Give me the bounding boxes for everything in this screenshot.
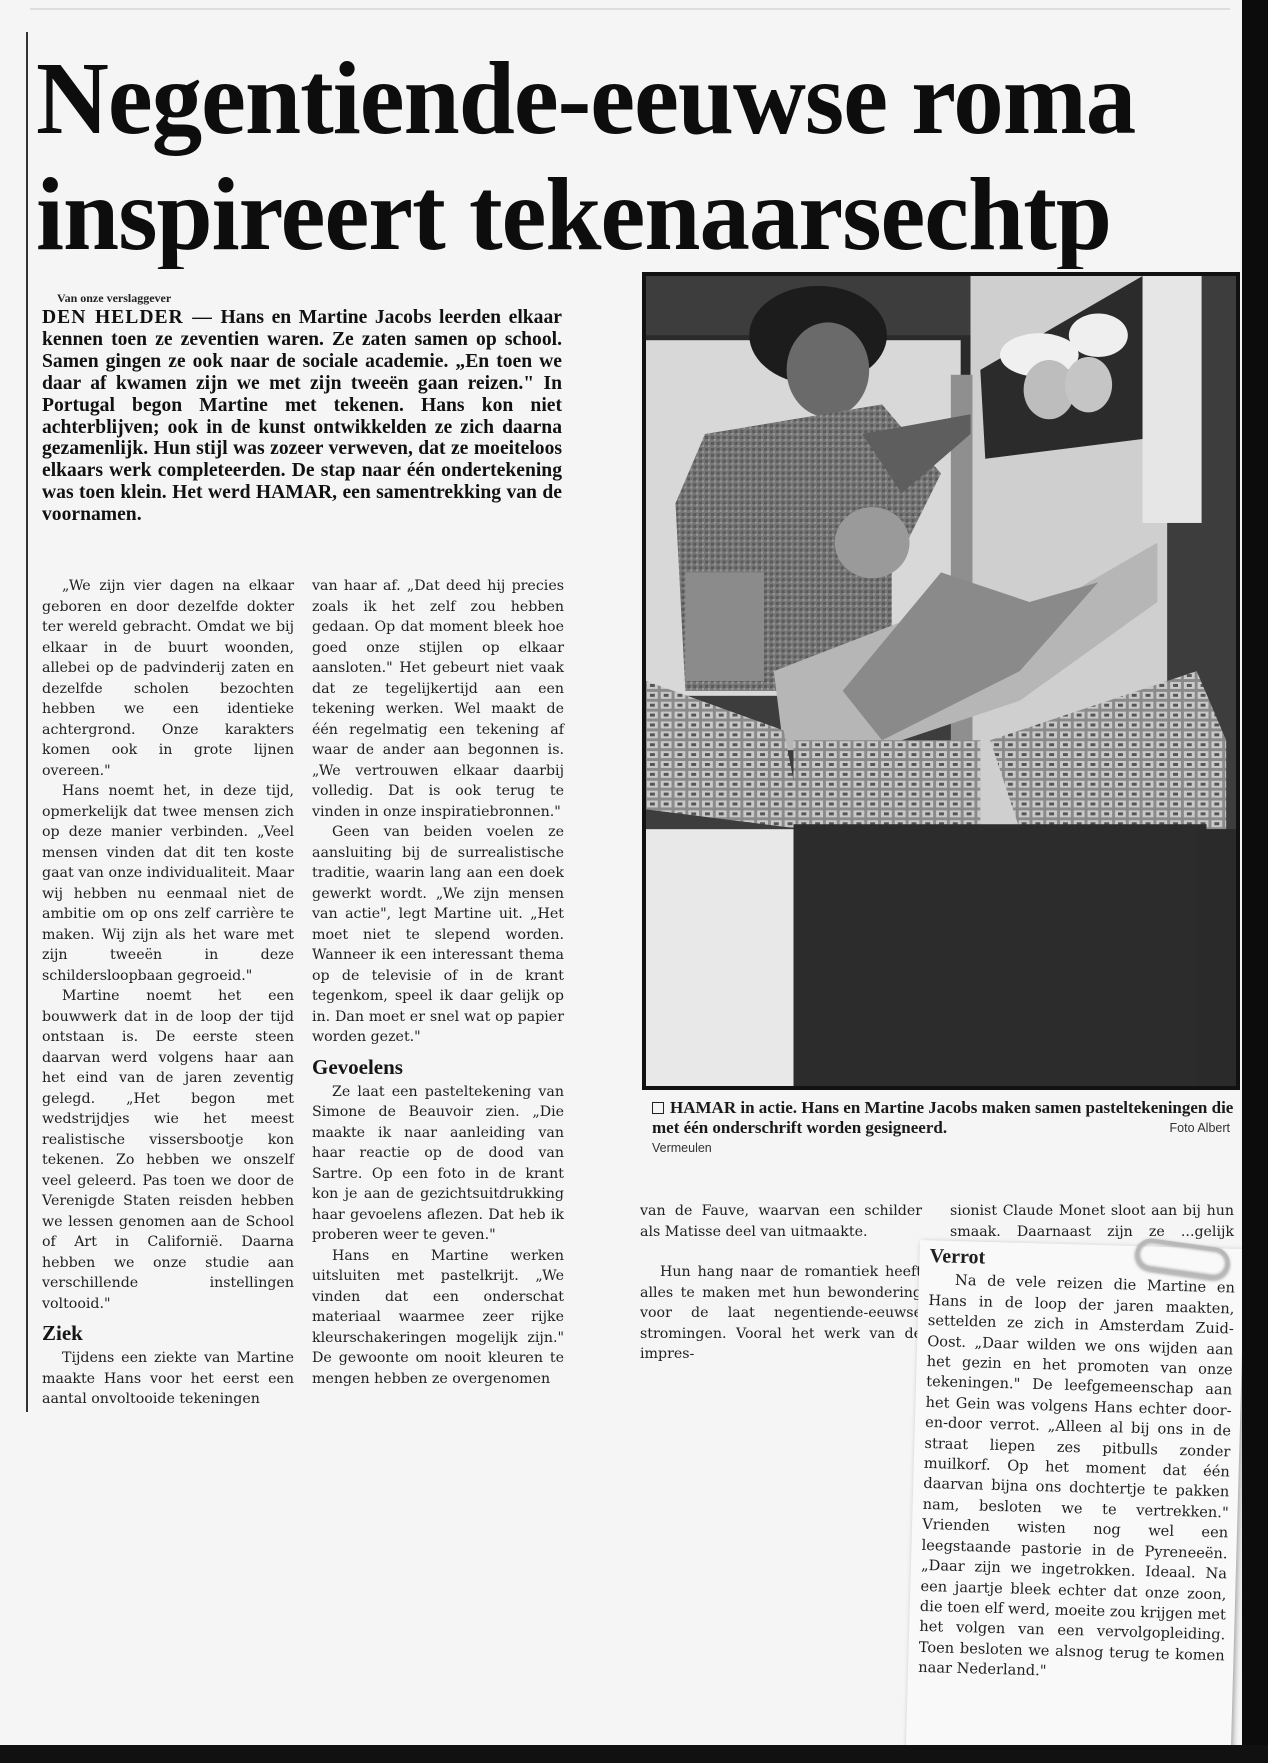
- paragraph: van haar af. „Dat deed hij precies zoals…: [312, 576, 564, 822]
- dateline: DEN HELDER —: [42, 307, 213, 328]
- intro-paragraph: DEN HELDER — Hans en Martine Jacobs leer…: [42, 307, 562, 526]
- caption-square-icon: [652, 1102, 664, 1114]
- article-photo: [642, 272, 1240, 1090]
- article-column-4-clipped: Verrot Na de vele reizen die Martine en …: [918, 1246, 1236, 1687]
- paragraph: Ze laat een pasteltekening van Simone de…: [312, 1082, 564, 1246]
- article-column-3: van de Fauve, waarvan een schilder als M…: [640, 1201, 922, 1365]
- article-column-1: „We zijn vier dagen na elkaar geboren en…: [42, 576, 294, 1410]
- scanner-edge: [1242, 0, 1268, 1763]
- caption-text: HAMAR in actie. Hans en Martine Jacobs m…: [652, 1098, 1233, 1137]
- paragraph: Hans noemt het, in deze tijd, opmerkelij…: [42, 781, 294, 986]
- byline: Van onze verslaggever: [57, 291, 171, 306]
- headline-line-2: inspireert tekenaarsechtp: [36, 161, 1200, 269]
- headline: Negentiende-eeuwse roma inspireert teken…: [36, 45, 1200, 269]
- article-column-2: van haar af. „Dat deed hij precies zoals…: [312, 576, 564, 1389]
- photo-credit: Foto Albert: [1170, 1118, 1230, 1138]
- subheading-gevoelens: Gevoelens: [312, 1054, 564, 1080]
- paragraph: Tijdens een ziekte van Martine maakte Ha…: [42, 1348, 294, 1410]
- paragraph: Geen van beiden voelen ze aansluiting bi…: [312, 822, 564, 1048]
- paragraph: „We zijn vier dagen na elkaar geboren en…: [42, 576, 294, 781]
- subheading-ziek: Ziek: [42, 1320, 294, 1346]
- paragraph: Hun hang naar de romantiek heeft alles t…: [640, 1262, 922, 1365]
- paragraph: van de Fauve, waarvan een schilder als M…: [640, 1201, 922, 1242]
- paragraph: Martine noemt het een bouwwerk dat in de…: [42, 986, 294, 1314]
- photo-artists-at-work-icon: [646, 276, 1236, 1086]
- headline-line-1: Negentiende-eeuwse roma: [36, 45, 1135, 156]
- page-crease: [30, 8, 1230, 10]
- intro-text: Hans en Martine Jacobs leerden elkaar ke…: [42, 307, 562, 525]
- photo-caption: HAMAR in actie. Hans en Martine Jacobs m…: [652, 1098, 1236, 1158]
- photo-credit-name: Vermeulen: [652, 1138, 1236, 1158]
- paragraph: Na de vele reizen die Martine en Hans in…: [918, 1270, 1235, 1687]
- paragraph: Hans en Martine werken uitsluiten met pa…: [312, 1246, 564, 1390]
- scanner-edge-bottom: [0, 1745, 1268, 1763]
- column-rule-left: [26, 32, 28, 1412]
